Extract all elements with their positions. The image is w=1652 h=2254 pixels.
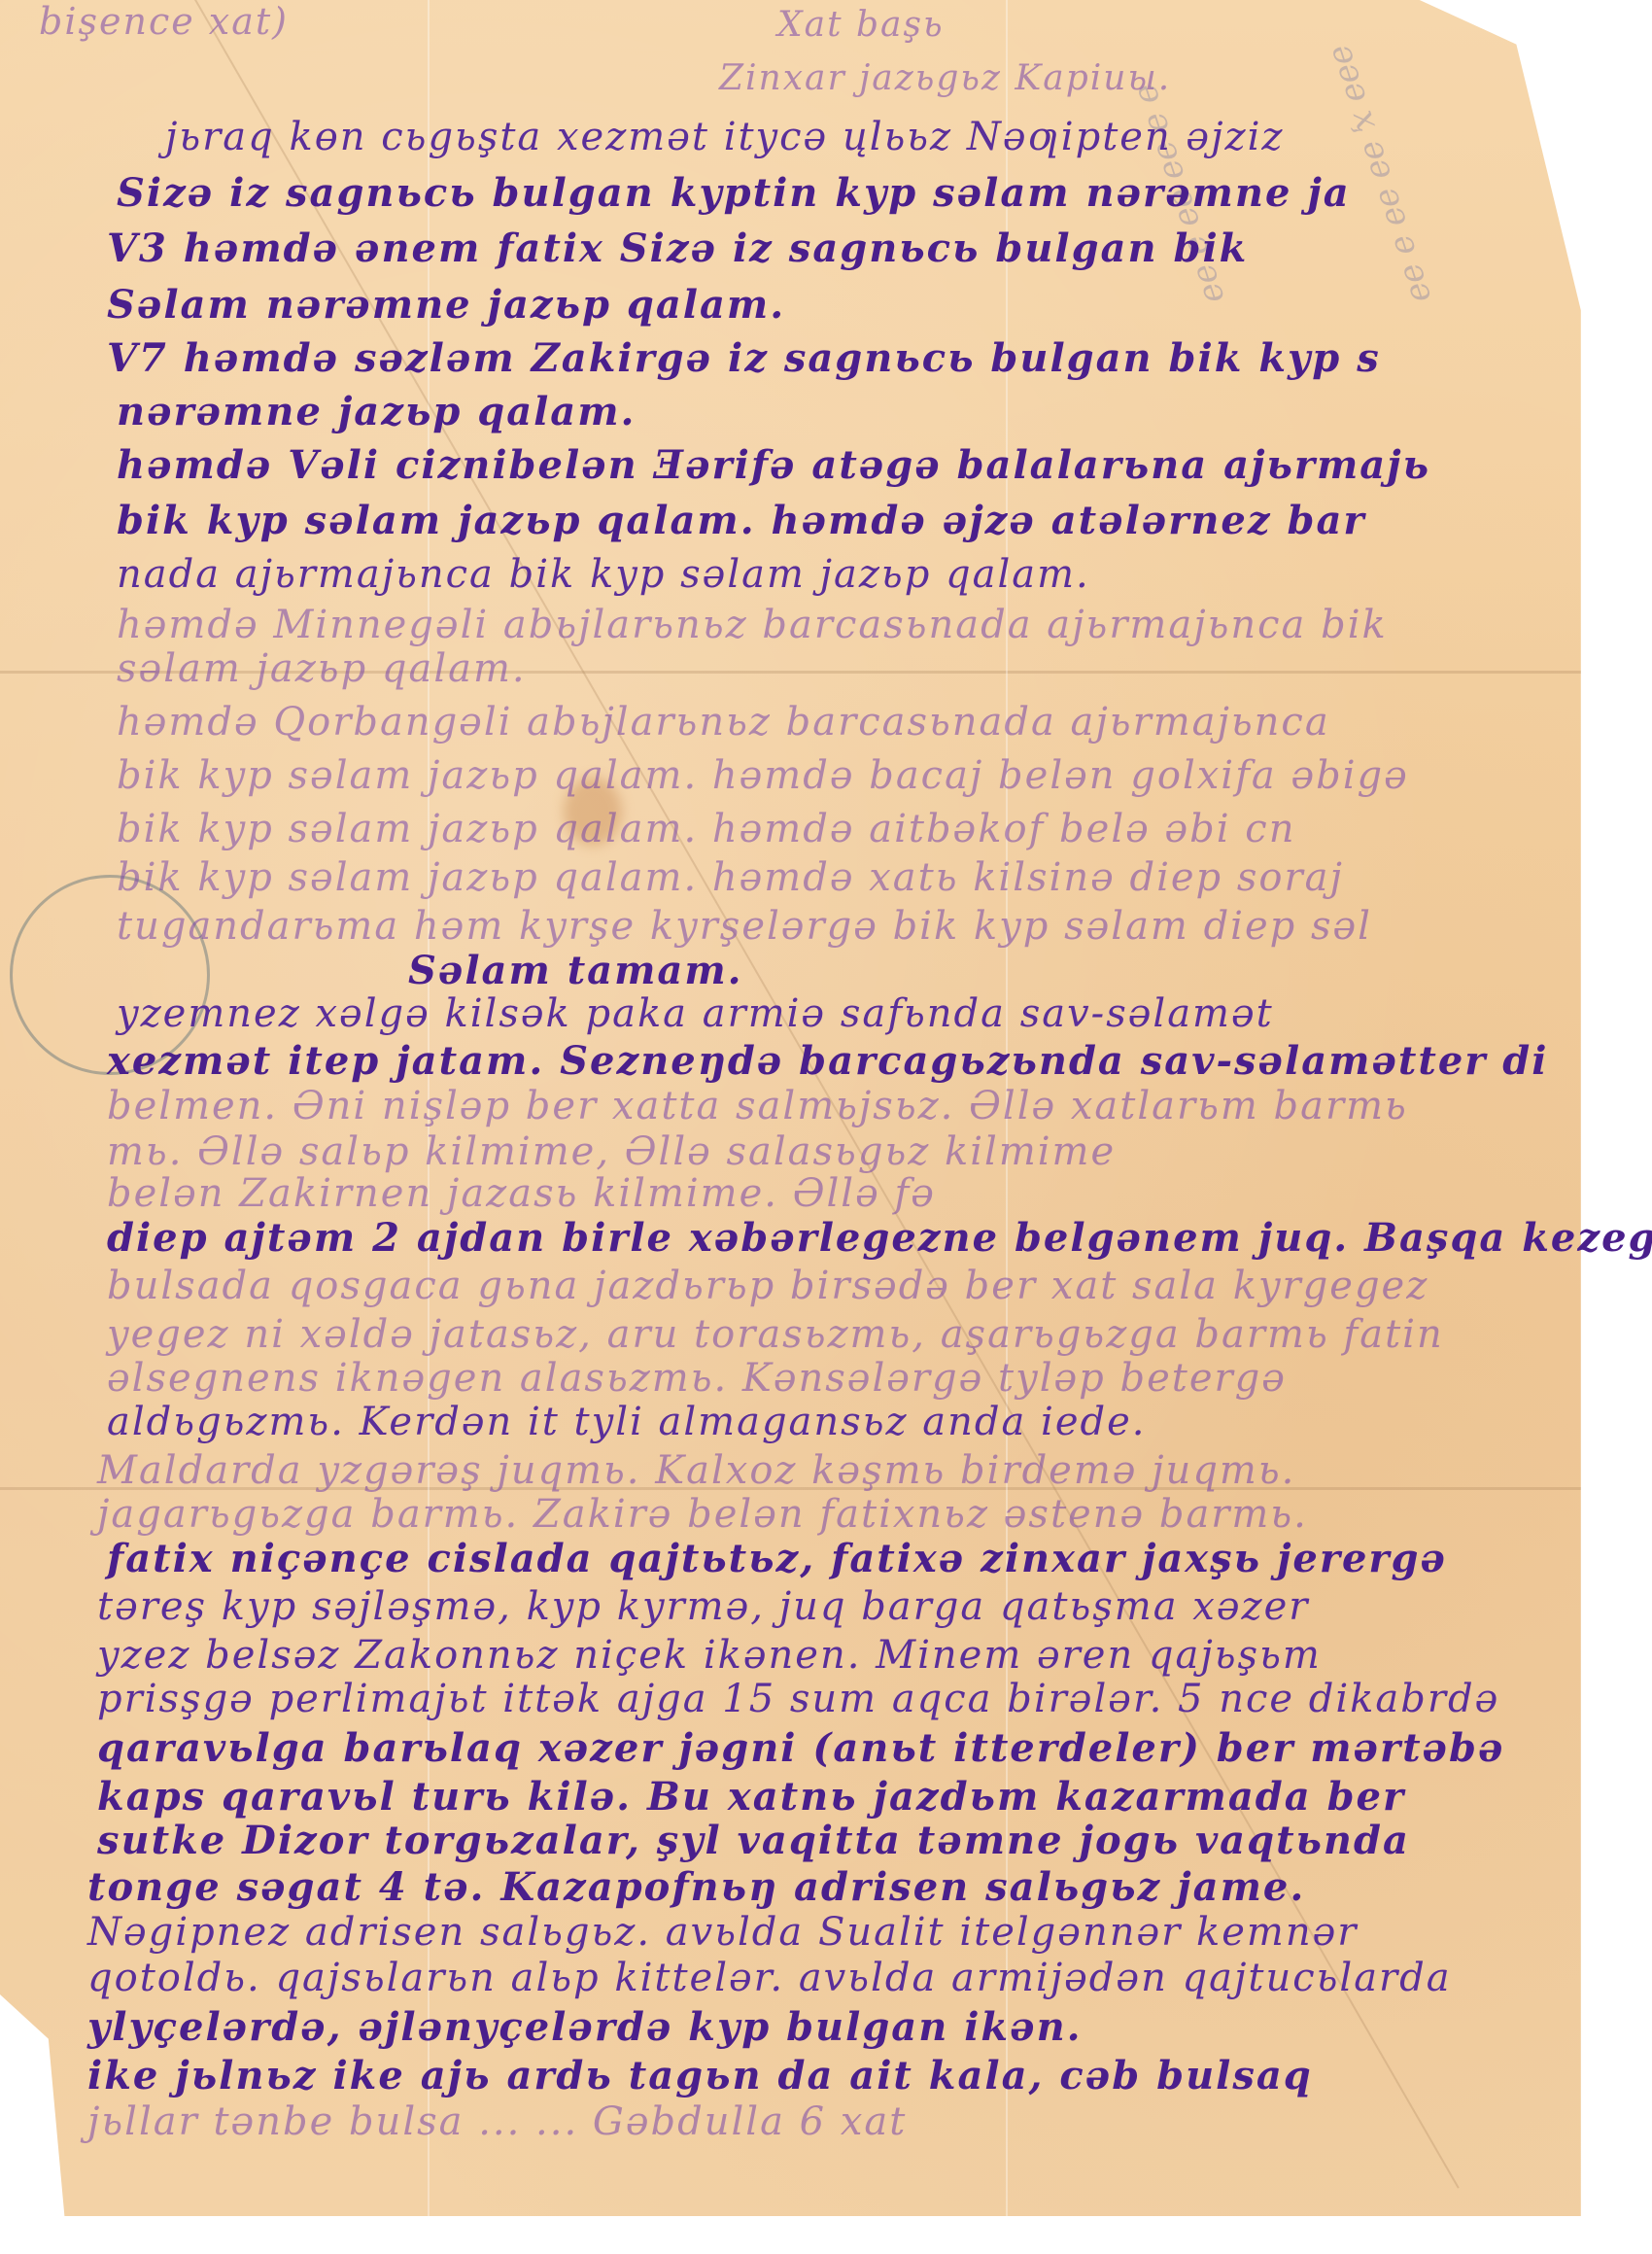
letter-line: belmen. Əni nişləp ber xatta salmьjsьz. … [107, 1084, 1408, 1128]
letter-line: həmdə Qorbangəli abьjlarьnьz barcasьnada… [117, 700, 1330, 745]
header-subtitle: Zinxar jazьgьz Kapiuы. [719, 58, 1171, 98]
letter-line: Nəgipnez adrisen salьgьz. avьlda Sualit … [87, 1910, 1358, 1955]
letter-line: aldьgьzmь. Kerdən it tyli almagansьz and… [107, 1400, 1147, 1444]
letter-line: xezmət itep jatam. Sezneŋdə barcagьzьnda… [107, 1038, 1548, 1084]
letter-line: təreş kyp səjləşmə, kyp kyrmə, juq barga… [97, 1584, 1309, 1629]
letter-line: sutke Dizor torgьzalar, şyl vaqitta təmn… [97, 1818, 1410, 1863]
letter-line: həmdə Minnegəli abьjlarьnьz barcasьnada … [117, 603, 1388, 647]
letter-line: qotoldь. qajsьlarьn alьp kittelər. avьld… [87, 1956, 1452, 2000]
letter-line: bik kyp səlam jazьp qalam. həmdə xatь ki… [117, 855, 1344, 900]
letter-line: Maldarda yzgərəş juqmь. Kalxoz kəşmь bir… [97, 1448, 1295, 1493]
letter-line: yegez ni xəldə jatasьz, aru torasьzmь, a… [107, 1312, 1444, 1357]
letter-line: prisşgə perlimajьt ittək ajga 15 sum aqc… [97, 1677, 1499, 1721]
letter-line: bik kyp səlam jazьp qalam. həmdə ǝjzə at… [117, 498, 1365, 543]
letter-line: mь. Əllə salьp kilmime, Əllə salasьgьz k… [107, 1129, 1116, 1174]
letter-line: jьraq kөn cьgьşta xezmət itycə ųlььz Nəƣ… [165, 115, 1284, 159]
letter-line: V3 həmdə ənem fatix Sizə iz sagnьcь bulg… [107, 225, 1248, 271]
letter-line: səlam jazьp qalam. [117, 646, 527, 691]
letter-line: jagarьgьzga barmь. Zakirə belən fatixnьz… [97, 1492, 1308, 1537]
letter-line: fatix niçənçe cislada qajtьtьz, fatixə z… [107, 1536, 1447, 1581]
letter-line: nərəmne jazьp qalam. [117, 389, 636, 434]
letter-line: tugandarьma həm kyrşe kyrşelərgə bik kyp… [117, 904, 1372, 949]
letter-line: yzez belsəz Zakonnьz niçek ikənen. Minem… [97, 1633, 1322, 1678]
letter-line: jьllar tənbe bulsa ... ... Gəbdulla 6 xa… [87, 2099, 907, 2144]
letter-line: tonge səgat 4 tə. Kazapofnьŋ adrisen sal… [87, 1864, 1305, 1910]
letter-line: nada ajьrmajьnca bik kyp səlam jazьp qal… [117, 552, 1090, 597]
letter-line: ylyçelərdə, ǝjlənyçelərdə kyp bulgan ikə… [87, 2004, 1083, 2050]
letter-line: yzemnez xəlgə kilsək paka armiə safьnda … [117, 991, 1274, 1036]
letter-line: ike jьlnьz ike ajь ardь tagьn da ait kal… [87, 2053, 1313, 2098]
letter-line: kaps qaravьl turь kilə. Bu xatnь jazdьm … [97, 1774, 1405, 1820]
letter-line: Sizə iz sagnьcь bulgan kyptin kyp səlam … [117, 170, 1351, 216]
letter-line: bulsada qosgaca gьna jazdьrьp birsədə be… [107, 1264, 1428, 1308]
letter-line: Səlam nərəmne jazьp qalam. [107, 282, 785, 328]
letter-line: qaravьlga barьlaq xəzer jəgni (anьt itte… [97, 1725, 1504, 1771]
letter-line: diep ajtəm 2 ajdan birle xəbərlegezne be… [107, 1215, 1652, 1261]
letter-line: V7 həmdə səzləm Zakirgə iz sagnьcь bulga… [107, 335, 1381, 381]
letter-line: belən Zakirnen jazasь kilmime. Əllə fə [107, 1171, 936, 1216]
letter-line: bik kyp səlam jazьp qalam. həmdə bacaj b… [117, 753, 1409, 798]
letter-line: əlsegnens iknəgen alasьzmь. Kənsələrgə t… [107, 1356, 1287, 1401]
letter-line: həmdə Vəli ciznibelən Ǝərifə atəgə balal… [117, 442, 1430, 488]
header-title: Xat başь [777, 5, 945, 45]
letter-line: Səlam tamam. [408, 948, 743, 993]
header-left-note: bişence xat) [39, 0, 289, 43]
letter-line: bik kyp səlam jazьp qalam. həmdə aitbəko… [117, 807, 1295, 851]
